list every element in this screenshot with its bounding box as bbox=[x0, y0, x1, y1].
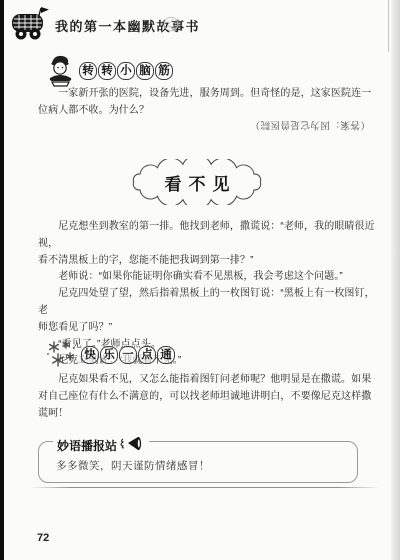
bottom-rule bbox=[30, 487, 380, 488]
heading-char: 转 bbox=[98, 62, 116, 80]
story-title: 看不见 bbox=[127, 159, 267, 205]
heading-char: 小 bbox=[117, 62, 135, 80]
page-edge-line bbox=[388, 0, 389, 52]
tip-section-heading: 快乐一点通 bbox=[81, 346, 175, 364]
page-number: 72 bbox=[37, 532, 49, 544]
heading-char: 快 bbox=[81, 346, 99, 364]
page-edge-shadow bbox=[391, 0, 400, 560]
heading-char: 点 bbox=[138, 346, 156, 364]
quote-box: 妙语播报站 多多微笑，阴天谨防情绪感冒！ bbox=[38, 441, 358, 483]
quote-box-title: 妙语播报站 bbox=[57, 437, 117, 454]
story-title-cloud: 看不见 bbox=[127, 159, 267, 205]
heading-char: 乐 bbox=[100, 346, 118, 364]
quote-box-title-row: 妙语播报站 bbox=[53, 435, 149, 455]
page-spine-bar bbox=[0, 0, 4, 560]
heading-char: 通 bbox=[157, 346, 175, 364]
heading-char: 一 bbox=[119, 346, 137, 364]
heading-char: 脑 bbox=[136, 62, 154, 80]
sparkle-burst-icon bbox=[45, 339, 77, 374]
quote-box-text: 多多微笑，阴天谨防情绪感冒！ bbox=[56, 458, 210, 473]
heading-char: 转 bbox=[79, 62, 97, 80]
riddle-text: 一家新开张的医院，设备先进，服务周到。但奇怪的是，这家医院连一 位病人都不收。为… bbox=[38, 85, 376, 119]
megaphone-icon bbox=[119, 435, 145, 455]
riddle-answer-upside-down: （答案：因为它是兽医院） bbox=[250, 119, 370, 133]
heading-char: 筋 bbox=[155, 62, 173, 80]
riddle-section-heading: 转转小脑筋 bbox=[79, 62, 173, 80]
book-page: 我的第一本幽默故事书 转转小脑筋 一家新开张的医院，设备先进，服务周到。但奇怪的… bbox=[0, 0, 400, 560]
storybook-wagon-icon bbox=[8, 5, 52, 48]
tip-text: 尼克如果看不见，又怎么能指着图钉问老师呢？他明显是在撒谎。如果 对自己座位有什么… bbox=[38, 371, 376, 422]
smiley-face-icon bbox=[163, 16, 179, 37]
